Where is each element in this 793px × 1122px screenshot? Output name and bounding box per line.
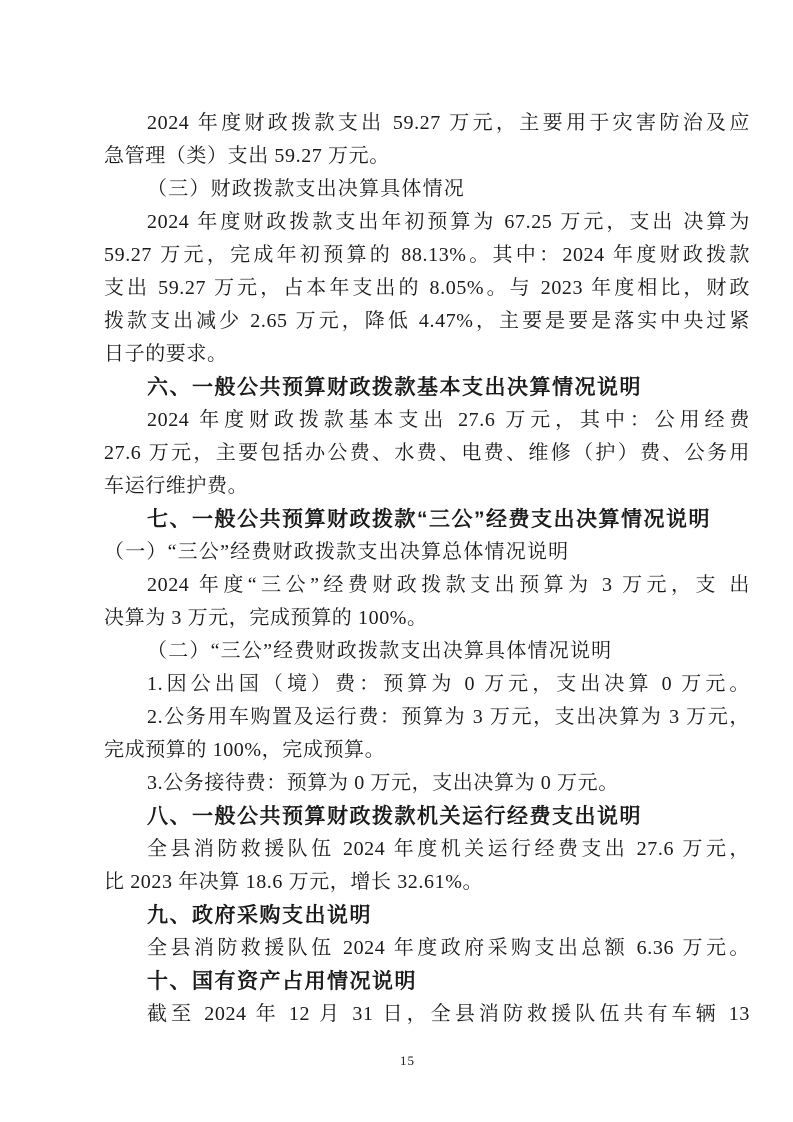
sub-section-heading: （二）“三公”经费财政拨款支出决算具体情况说明 bbox=[104, 635, 750, 668]
section-heading: 九、政府采购支出说明 bbox=[104, 899, 750, 932]
text-line: 27.6 万元，主要包括办公费、水费、电费、维修（护）费、公务用 bbox=[104, 437, 750, 470]
text-line: 2024 年度财政拨款支出年初预算为 67.25 万元，支出 决算为 bbox=[104, 206, 750, 239]
text-line: 全县消防救援队伍 2024 年度机关运行经费支出 27.6 万元， bbox=[104, 833, 750, 866]
section-heading: 十、国有资产占用情况说明 bbox=[104, 965, 750, 998]
sub-section-heading: （一）“三公”经费财政拨款支出决算总体情况说明 bbox=[104, 536, 750, 569]
section-heading: 七、一般公共预算财政拨款“三公”经费支出决算情况说明 bbox=[104, 503, 750, 536]
page-number: 15 bbox=[0, 1051, 793, 1071]
text-line: 截至 2024 年 12 月 31 日，全县消防救援队伍共有车辆 13 bbox=[104, 998, 750, 1031]
text-line: 2.公务用车购置及运行费：预算为 3 万元，支出决算为 3 万元， bbox=[104, 701, 750, 734]
text-line: 急管理（类）支出 59.27 万元。 bbox=[104, 140, 750, 173]
document-body: 2024 年度财政拨款支出 59.27 万元，主要用于灾害防治及应 急管理（类）… bbox=[104, 107, 750, 1031]
text-line: 2024 年度“三公”经费财政拨款支出预算为 3 万元，支 出 bbox=[104, 569, 750, 602]
text-line: 2024 年度财政拨款支出 59.27 万元，主要用于灾害防治及应 bbox=[104, 107, 750, 140]
text-line: 支出 59.27 万元，占本年支出的 8.05%。与 2023 年度相比，财政 bbox=[104, 272, 750, 305]
text-line: 2024 年度财政拨款基本支出 27.6 万元，其中：公用经费 bbox=[104, 404, 750, 437]
sub-section-heading: （三）财政拨款支出决算具体情况 bbox=[104, 173, 750, 206]
section-heading: 六、一般公共预算财政拨款基本支出决算情况说明 bbox=[104, 371, 750, 404]
text-line: 日子的要求。 bbox=[104, 338, 750, 371]
text-line: 决算为 3 万元，完成预算的 100%。 bbox=[104, 602, 750, 635]
text-line: 完成预算的 100%，完成预算。 bbox=[104, 734, 750, 767]
text-line: 1.因公出国（境）费：预算为 0 万元，支出决算 0 万元。 bbox=[104, 668, 750, 701]
text-line: 比 2023 年决算 18.6 万元，增长 32.61%。 bbox=[104, 866, 750, 899]
section-heading: 八、一般公共预算财政拨款机关运行经费支出说明 bbox=[104, 800, 750, 833]
document-page: 2024 年度财政拨款支出 59.27 万元，主要用于灾害防治及应 急管理（类）… bbox=[0, 0, 793, 1122]
text-line: 3.公务接待费：预算为 0 万元，支出决算为 0 万元。 bbox=[104, 767, 750, 800]
text-line: 59.27 万元，完成年初预算的 88.13%。其中：2024 年度财政拨款 bbox=[104, 239, 750, 272]
text-line: 拨款支出减少 2.65 万元，降低 4.47%，主要是要是落实中央过紧 bbox=[104, 305, 750, 338]
text-line: 车运行维护费。 bbox=[104, 470, 750, 503]
text-line: 全县消防救援队伍 2024 年度政府采购支出总额 6.36 万元。 bbox=[104, 932, 750, 965]
